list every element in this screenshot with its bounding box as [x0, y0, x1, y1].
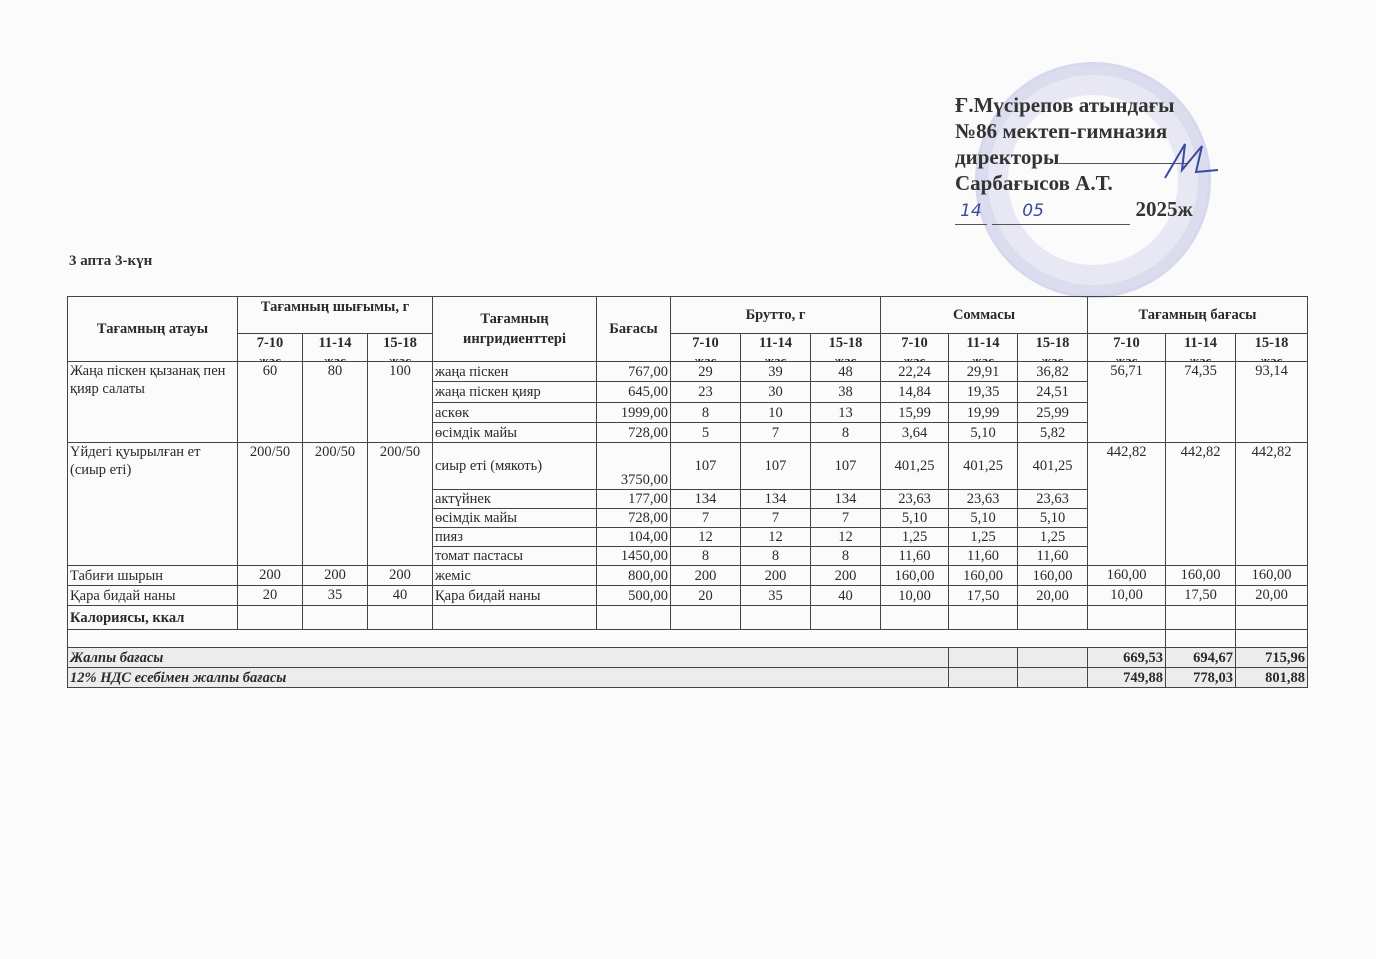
dish-yield: 60 [238, 362, 303, 443]
ingredient-brutto: 40 [811, 586, 881, 606]
date-month: 05 [1022, 201, 1044, 221]
ingredient-price: 728,00 [597, 509, 671, 528]
ingredient-sum: 23,63 [949, 490, 1018, 509]
ingredient-price: 3750,00 [597, 443, 671, 490]
dish-price: 17,50 [1166, 586, 1236, 606]
ingredient-brutto: 12 [811, 528, 881, 547]
ingredient-brutto: 12 [741, 528, 811, 547]
day-title: 3 апта 3-күн [69, 253, 152, 270]
ingredient-brutto: 13 [811, 403, 881, 423]
director-signature [1160, 140, 1220, 180]
ingredient-brutto: 20 [671, 586, 741, 606]
ingredient-sum: 36,82 [1018, 362, 1088, 382]
menu-table-body: Жаңа піскен қызанақ пен қияр салаты60801… [68, 362, 1308, 688]
dish-name: Табиғи шырын [68, 566, 238, 586]
dish-price: 10,00 [1088, 586, 1166, 606]
calories-cell [741, 606, 811, 630]
age-header-dish-price-0: 7-10жас [1088, 334, 1166, 362]
ingredient-sum: 10,00 [881, 586, 949, 606]
approval-school-name: Ғ.Мүсірепов атындағы [955, 92, 1193, 118]
age-header-brutto-2: 15-18жас [811, 334, 881, 362]
ingredient-sum: 160,00 [1018, 566, 1088, 586]
spacer-cell [1166, 630, 1236, 648]
total-price-value: 694,67 [1166, 648, 1236, 668]
table-row: Жаңа піскен қызанақ пен қияр салаты60801… [68, 362, 1308, 382]
ingredient-brutto: 8 [741, 547, 811, 566]
age-header-brutto-0: 7-10жас [671, 334, 741, 362]
age-header-yield-1: 11-14жас [303, 334, 368, 362]
ingredient-brutto: 8 [811, 423, 881, 443]
header-sum: Соммасы [881, 297, 1088, 334]
ingredient-name: актүйнек [433, 490, 597, 509]
ingredient-brutto: 7 [741, 509, 811, 528]
dish-yield: 200/50 [238, 443, 303, 566]
vat-total-price-value: 749,88 [1088, 668, 1166, 688]
date-year: 2025ж [1136, 197, 1193, 221]
calories-cell [1018, 606, 1088, 630]
ingredient-sum: 160,00 [949, 566, 1018, 586]
dish-yield: 200/50 [303, 443, 368, 566]
calories-cell [811, 606, 881, 630]
ingredient-sum: 24,51 [1018, 382, 1088, 403]
calories-label: Калориясы, ккал [68, 606, 238, 630]
ingredient-brutto: 39 [741, 362, 811, 382]
dish-yield: 200 [368, 566, 433, 586]
ingredient-price: 645,00 [597, 382, 671, 403]
dish-price: 56,71 [1088, 362, 1166, 443]
ingredient-brutto: 8 [671, 547, 741, 566]
header-yield: Тағамның шығымы, г [238, 297, 433, 334]
vat-total-price-value: 801,88 [1236, 668, 1308, 688]
ingredient-price: 728,00 [597, 423, 671, 443]
vat-total-price-label: 12% НДС есебімен жалпы бағасы [68, 668, 949, 688]
ingredient-sum: 5,10 [1018, 509, 1088, 528]
dish-price: 442,82 [1236, 443, 1308, 566]
ingredient-price: 767,00 [597, 362, 671, 382]
ingredient-sum: 19,99 [949, 403, 1018, 423]
ingredient-sum: 401,25 [1018, 443, 1088, 490]
ingredient-sum: 19,35 [949, 382, 1018, 403]
dish-price: 442,82 [1088, 443, 1166, 566]
ingredient-name: томат пастасы [433, 547, 597, 566]
calories-cell [1236, 606, 1308, 630]
ingredient-sum: 5,10 [949, 509, 1018, 528]
dish-yield: 100 [368, 362, 433, 443]
dish-yield: 200 [238, 566, 303, 586]
ingredient-sum: 11,60 [881, 547, 949, 566]
age-header-dish-price-1: 11-14жас [1166, 334, 1236, 362]
ingredient-sum: 15,99 [881, 403, 949, 423]
ingredient-price: 1999,00 [597, 403, 671, 423]
ingredient-sum: 29,91 [949, 362, 1018, 382]
ingredient-name: пияз [433, 528, 597, 547]
ingredient-sum: 11,60 [949, 547, 1018, 566]
ingredient-name: Қара бидай наны [433, 586, 597, 606]
ingredient-brutto: 12 [671, 528, 741, 547]
calories-cell [1088, 606, 1166, 630]
header-dish-price: Тағамның бағасы [1088, 297, 1308, 334]
ingredient-sum: 23,63 [881, 490, 949, 509]
dish-yield: 40 [368, 586, 433, 606]
ingredient-brutto: 23 [671, 382, 741, 403]
ingredient-price: 1450,00 [597, 547, 671, 566]
approval-date: 14 05 2025ж [955, 196, 1193, 225]
ingredient-brutto: 7 [811, 509, 881, 528]
ingredient-sum: 5,10 [949, 423, 1018, 443]
calories-cell [433, 606, 597, 630]
ingredient-name: өсімдік майы [433, 423, 597, 443]
total-price-blank [949, 648, 1018, 668]
ingredient-name: өсімдік майы [433, 509, 597, 528]
ingredient-brutto: 134 [741, 490, 811, 509]
date-day: 14 [960, 201, 982, 221]
dish-price: 93,14 [1236, 362, 1308, 443]
total-price-value: 715,96 [1236, 648, 1308, 668]
age-header-dish-price-2: 15-18жас [1236, 334, 1308, 362]
ingredient-name: аскөк [433, 403, 597, 423]
ingredient-price: 177,00 [597, 490, 671, 509]
ingredient-brutto: 5 [671, 423, 741, 443]
approval-block: Ғ.Мүсірепов атындағы №86 мектеп-гимназия… [955, 92, 1193, 225]
ingredient-brutto: 29 [671, 362, 741, 382]
dish-price: 160,00 [1166, 566, 1236, 586]
calories-cell [238, 606, 303, 630]
dish-price: 160,00 [1088, 566, 1166, 586]
table-row: Қара бидай наны203540Қара бидай наны500,… [68, 586, 1308, 606]
calories-cell [671, 606, 741, 630]
spacer-cell [68, 630, 1166, 648]
ingredient-brutto: 48 [811, 362, 881, 382]
ingredient-brutto: 10 [741, 403, 811, 423]
ingredient-sum: 25,99 [1018, 403, 1088, 423]
calories-cell [881, 606, 949, 630]
age-header-yield-2: 15-18жас [368, 334, 433, 362]
total-price-value: 669,53 [1088, 648, 1166, 668]
ingredient-price: 500,00 [597, 586, 671, 606]
total-price-blank [1018, 648, 1088, 668]
ingredient-sum: 401,25 [949, 443, 1018, 490]
total-price-label: Жалпы бағасы [68, 648, 949, 668]
dish-yield: 35 [303, 586, 368, 606]
ingredient-brutto: 30 [741, 382, 811, 403]
ingredient-name: жаңа піскен қияр [433, 382, 597, 403]
dish-price: 160,00 [1236, 566, 1308, 586]
ingredient-brutto: 200 [811, 566, 881, 586]
ingredient-sum: 5,82 [1018, 423, 1088, 443]
dish-yield: 80 [303, 362, 368, 443]
ingredient-brutto: 200 [741, 566, 811, 586]
dish-name: Жаңа піскен қызанақ пен қияр салаты [68, 362, 238, 443]
dish-name: Қара бидай наны [68, 586, 238, 606]
ingredient-brutto: 134 [671, 490, 741, 509]
ingredient-sum: 1,25 [1018, 528, 1088, 547]
ingredient-price: 104,00 [597, 528, 671, 547]
table-row: Табиғи шырын200200200жеміс800,0020020020… [68, 566, 1308, 586]
ingredient-brutto: 8 [671, 403, 741, 423]
ingredient-brutto: 107 [811, 443, 881, 490]
ingredient-sum: 22,24 [881, 362, 949, 382]
ingredient-name: сиыр еті (мякоть) [433, 443, 597, 490]
ingredient-brutto: 7 [741, 423, 811, 443]
header-ingredients: Тағамның ингридиенттері [433, 297, 597, 362]
age-header-row: 7-10жас11-14жас15-18жас7-10жас11-14жас15… [68, 334, 1308, 362]
spacer-cell [1236, 630, 1308, 648]
dish-yield: 20 [238, 586, 303, 606]
ingredient-price: 800,00 [597, 566, 671, 586]
dish-price: 442,82 [1166, 443, 1236, 566]
dish-yield: 200/50 [368, 443, 433, 566]
age-header-sum-1: 11-14жас [949, 334, 1018, 362]
calories-cell [303, 606, 368, 630]
vat-total-price-blank [1018, 668, 1088, 688]
dish-price: 74,35 [1166, 362, 1236, 443]
ingredient-brutto: 38 [811, 382, 881, 403]
approval-director-name: Сарбағысов А.Т. [955, 170, 1193, 196]
vat-total-price-row: 12% НДС есебімен жалпы бағасы749,88778,0… [68, 668, 1308, 688]
dish-price: 20,00 [1236, 586, 1308, 606]
calories-cell [949, 606, 1018, 630]
ingredient-sum: 160,00 [881, 566, 949, 586]
dish-yield: 200 [303, 566, 368, 586]
ingredient-sum: 1,25 [949, 528, 1018, 547]
ingredient-sum: 5,10 [881, 509, 949, 528]
vat-total-price-blank [949, 668, 1018, 688]
header-brutto: Брутто, г [671, 297, 881, 334]
ingredient-name: жаңа піскен [433, 362, 597, 382]
ingredient-sum: 1,25 [881, 528, 949, 547]
age-header-sum-2: 15-18жас [1018, 334, 1088, 362]
ingredient-sum: 401,25 [881, 443, 949, 490]
header-dish-name: Тағамның атауы [68, 297, 238, 362]
total-price-row: Жалпы бағасы669,53694,67715,96 [68, 648, 1308, 668]
ingredient-brutto: 8 [811, 547, 881, 566]
ingredient-brutto: 107 [741, 443, 811, 490]
ingredient-brutto: 35 [741, 586, 811, 606]
age-header-sum-0: 7-10жас [881, 334, 949, 362]
menu-table: Тағамның атауы Тағамның шығымы, г Тағамн… [67, 296, 1308, 688]
approval-school-number: №86 мектеп-гимназия [955, 118, 1193, 144]
age-header-brutto-1: 11-14жас [741, 334, 811, 362]
calories-cell [1166, 606, 1236, 630]
calories-row: Калориясы, ккал [68, 606, 1308, 630]
vat-total-price-value: 778,03 [1166, 668, 1236, 688]
ingredient-sum: 11,60 [1018, 547, 1088, 566]
ingredient-brutto: 134 [811, 490, 881, 509]
table-row: Үйдегі қуырылған ет (сиыр еті)200/50200/… [68, 443, 1308, 490]
ingredient-brutto: 7 [671, 509, 741, 528]
spacer-row [68, 630, 1308, 648]
ingredient-sum: 14,84 [881, 382, 949, 403]
calories-cell [368, 606, 433, 630]
age-header-yield-0: 7-10жас [238, 334, 303, 362]
dish-name: Үйдегі қуырылған ет (сиыр еті) [68, 443, 238, 566]
approval-position: директоры [955, 144, 1193, 170]
ingredient-sum: 23,63 [1018, 490, 1088, 509]
ingredient-name: жеміс [433, 566, 597, 586]
ingredient-sum: 17,50 [949, 586, 1018, 606]
header-price: Бағасы [597, 297, 671, 362]
ingredient-brutto: 107 [671, 443, 741, 490]
ingredient-sum: 20,00 [1018, 586, 1088, 606]
calories-cell [597, 606, 671, 630]
ingredient-brutto: 200 [671, 566, 741, 586]
ingredient-sum: 3,64 [881, 423, 949, 443]
